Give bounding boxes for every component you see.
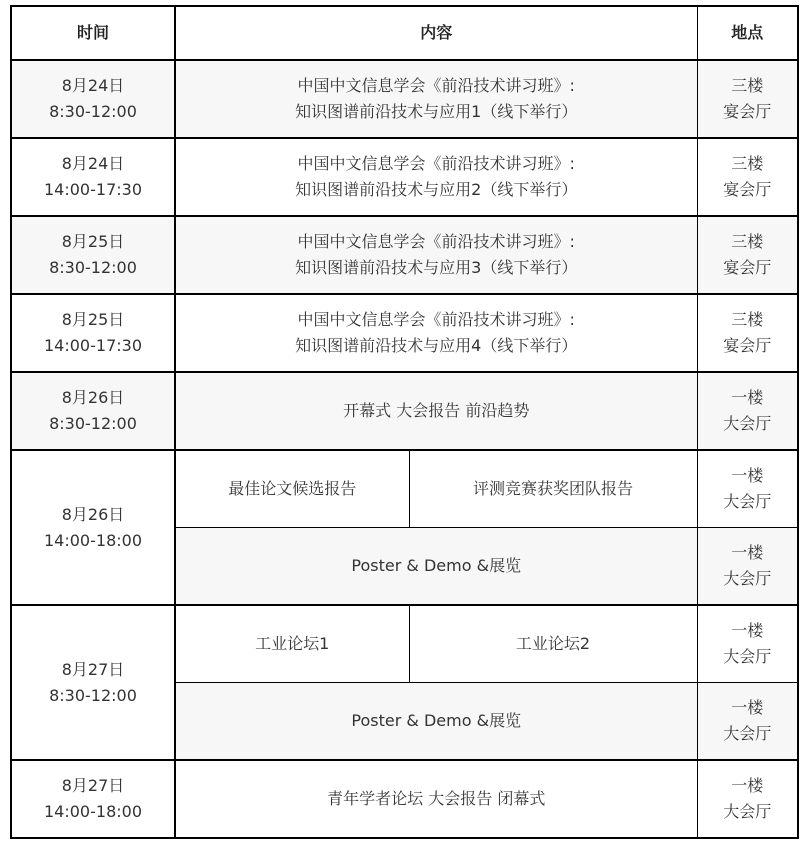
date-text: 8月26日 xyxy=(16,502,170,528)
content-cell: 中国中文信息学会《前沿技术讲习班》: 知识图谱前沿技术与应用4（线下举行） xyxy=(175,294,697,372)
location-hall: 宴会厅 xyxy=(702,99,794,125)
content-line: 知识图谱前沿技术与应用2（线下举行） xyxy=(180,177,693,203)
location-cell: 三楼 宴会厅 xyxy=(697,60,798,138)
time-cell: 8月27日 14:00-18:00 xyxy=(11,760,175,838)
content-cell: 青年学者论坛 大会报告 闭幕式 xyxy=(175,760,697,838)
content-line: 知识图谱前沿技术与应用4（线下举行） xyxy=(180,333,693,359)
time-cell: 8月25日 14:00-17:30 xyxy=(11,294,175,372)
location-floor: 三楼 xyxy=(702,229,794,255)
table-row: 8月24日 14:00-17:30 中国中文信息学会《前沿技术讲习班》: 知识图… xyxy=(11,138,798,216)
location-cell: 一楼 大会厅 xyxy=(697,760,798,838)
location-cell: 三楼 宴会厅 xyxy=(697,216,798,294)
location-hall: 大会厅 xyxy=(702,411,794,437)
content-cell-left: 最佳论文候选报告 xyxy=(175,450,409,528)
time-cell: 8月27日 8:30-12:00 xyxy=(11,605,175,760)
location-cell: 一楼 大会厅 xyxy=(697,683,798,761)
location-floor: 一楼 xyxy=(702,463,794,489)
content-cell: Poster & Demo &展览 xyxy=(175,683,697,761)
location-hall: 大会厅 xyxy=(702,644,794,670)
date-text: 8月26日 xyxy=(16,385,170,411)
content-line: 中国中文信息学会《前沿技术讲习班》: xyxy=(180,307,693,333)
content-cell-right: 工业论坛2 xyxy=(409,605,697,683)
location-floor: 一楼 xyxy=(702,385,794,411)
location-floor: 一楼 xyxy=(702,773,794,799)
time-text: 14:00-18:00 xyxy=(16,799,170,825)
header-location: 地点 xyxy=(697,6,798,60)
header-row: 时间 内容 地点 xyxy=(11,6,798,60)
date-text: 8月25日 xyxy=(16,307,170,333)
time-text: 8:30-12:00 xyxy=(16,99,170,125)
time-cell: 8月26日 14:00-18:00 xyxy=(11,450,175,605)
location-floor: 一楼 xyxy=(702,695,794,721)
time-text: 14:00-18:00 xyxy=(16,528,170,554)
content-line: 中国中文信息学会《前沿技术讲习班》: xyxy=(180,73,693,99)
table-row: 8月24日 8:30-12:00 中国中文信息学会《前沿技术讲习班》: 知识图谱… xyxy=(11,60,798,138)
location-cell: 三楼 宴会厅 xyxy=(697,138,798,216)
content-line: 中国中文信息学会《前沿技术讲习班》: xyxy=(180,229,693,255)
table-row: 8月25日 8:30-12:00 中国中文信息学会《前沿技术讲习班》: 知识图谱… xyxy=(11,216,798,294)
location-hall: 宴会厅 xyxy=(702,255,794,281)
table-row: 8月26日 8:30-12:00 开幕式 大会报告 前沿趋势 一楼 大会厅 xyxy=(11,372,798,450)
content-cell-left: 工业论坛1 xyxy=(175,605,409,683)
location-floor: 三楼 xyxy=(702,151,794,177)
content-cell: 中国中文信息学会《前沿技术讲习班》: 知识图谱前沿技术与应用3（线下举行） xyxy=(175,216,697,294)
table-row: 8月26日 14:00-18:00 最佳论文候选报告 评测竞赛获奖团队报告 一楼… xyxy=(11,450,798,528)
location-floor: 一楼 xyxy=(702,618,794,644)
location-cell: 三楼 宴会厅 xyxy=(697,294,798,372)
schedule-container: 时间 内容 地点 8月24日 8:30-12:00 中国中文信息学会《前沿技术讲… xyxy=(10,5,799,839)
date-text: 8月24日 xyxy=(16,151,170,177)
location-cell: 一楼 大会厅 xyxy=(697,450,798,528)
content-cell: Poster & Demo &展览 xyxy=(175,528,697,606)
content-cell: 中国中文信息学会《前沿技术讲习班》: 知识图谱前沿技术与应用1（线下举行） xyxy=(175,60,697,138)
location-cell: 一楼 大会厅 xyxy=(697,605,798,683)
time-cell: 8月24日 14:00-17:30 xyxy=(11,138,175,216)
date-text: 8月25日 xyxy=(16,229,170,255)
location-floor: 三楼 xyxy=(702,73,794,99)
table-row: 8月27日 8:30-12:00 工业论坛1 工业论坛2 一楼 大会厅 xyxy=(11,605,798,683)
date-text: 8月27日 xyxy=(16,657,170,683)
time-text: 8:30-12:00 xyxy=(16,411,170,437)
location-hall: 宴会厅 xyxy=(702,333,794,359)
content-cell: 中国中文信息学会《前沿技术讲习班》: 知识图谱前沿技术与应用2（线下举行） xyxy=(175,138,697,216)
time-text: 14:00-17:30 xyxy=(16,177,170,203)
content-cell: 开幕式 大会报告 前沿趋势 xyxy=(175,372,697,450)
location-hall: 宴会厅 xyxy=(702,177,794,203)
content-line: 知识图谱前沿技术与应用3（线下举行） xyxy=(180,255,693,281)
location-hall: 大会厅 xyxy=(702,799,794,825)
location-cell: 一楼 大会厅 xyxy=(697,528,798,606)
location-hall: 大会厅 xyxy=(702,566,794,592)
location-floor: 三楼 xyxy=(702,307,794,333)
header-content: 内容 xyxy=(175,6,697,60)
location-cell: 一楼 大会厅 xyxy=(697,372,798,450)
schedule-table: 时间 内容 地点 8月24日 8:30-12:00 中国中文信息学会《前沿技术讲… xyxy=(10,5,799,839)
location-hall: 大会厅 xyxy=(702,721,794,747)
time-text: 8:30-12:00 xyxy=(16,255,170,281)
table-row: 8月25日 14:00-17:30 中国中文信息学会《前沿技术讲习班》: 知识图… xyxy=(11,294,798,372)
table-row: 8月27日 14:00-18:00 青年学者论坛 大会报告 闭幕式 一楼 大会厅 xyxy=(11,760,798,838)
content-line: 中国中文信息学会《前沿技术讲习班》: xyxy=(180,151,693,177)
content-cell-right: 评测竞赛获奖团队报告 xyxy=(409,450,697,528)
date-text: 8月27日 xyxy=(16,773,170,799)
location-hall: 大会厅 xyxy=(702,489,794,515)
time-cell: 8月24日 8:30-12:00 xyxy=(11,60,175,138)
date-text: 8月24日 xyxy=(16,73,170,99)
time-text: 14:00-17:30 xyxy=(16,333,170,359)
time-cell: 8月26日 8:30-12:00 xyxy=(11,372,175,450)
location-floor: 一楼 xyxy=(702,540,794,566)
content-line: 知识图谱前沿技术与应用1（线下举行） xyxy=(180,99,693,125)
header-time: 时间 xyxy=(11,6,175,60)
time-text: 8:30-12:00 xyxy=(16,683,170,709)
time-cell: 8月25日 8:30-12:00 xyxy=(11,216,175,294)
